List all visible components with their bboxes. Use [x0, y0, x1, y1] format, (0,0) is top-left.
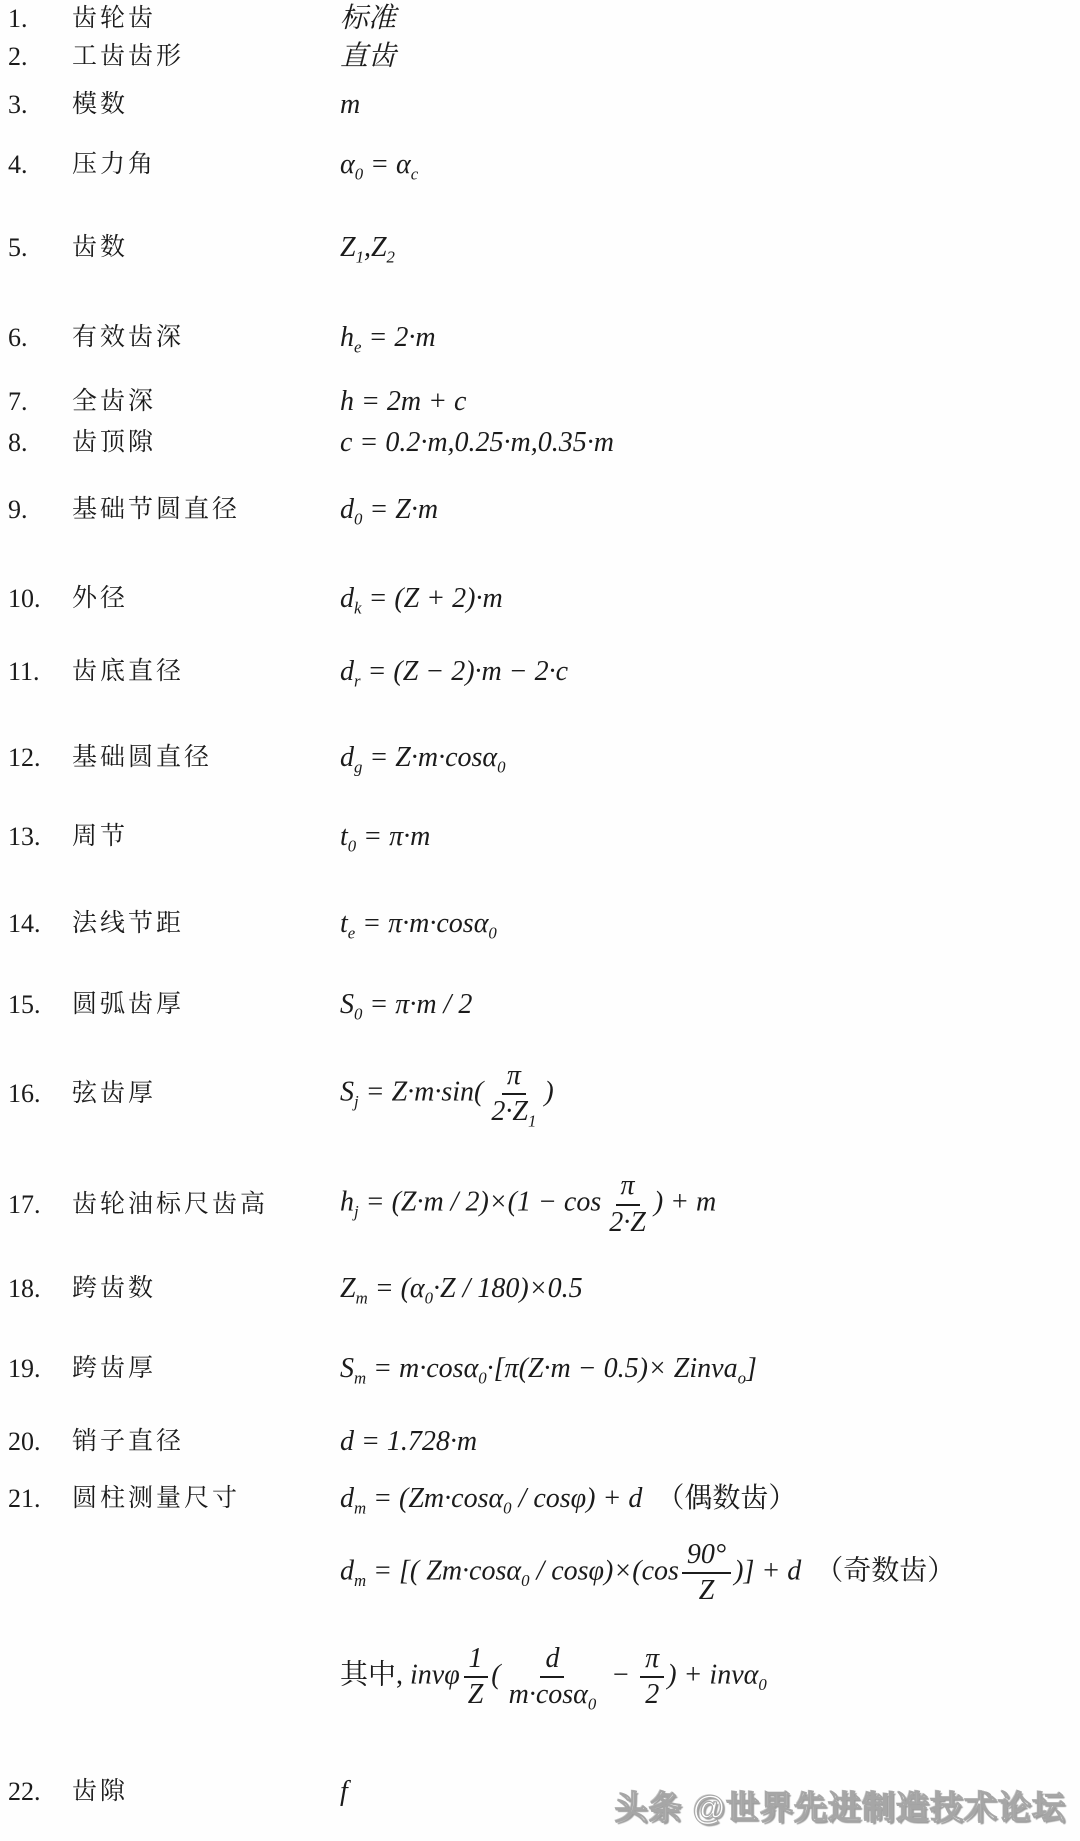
item-formula-cell: dg = Z·m·cosα0 [340, 741, 1080, 775]
subscript: 0 [348, 837, 356, 856]
formula-line: 其中, invφ1Z(dm·cosα0 − π2) + invα0 [340, 1643, 1080, 1711]
parameter-row: 4.压力角α0 = αc [8, 148, 1080, 182]
subscript: m [354, 1368, 366, 1387]
item-label: 圆弧齿厚 [72, 988, 340, 1022]
item-label: 基础节圆直径 [72, 493, 340, 527]
item-number: 4. [8, 148, 72, 182]
item-label: 齿轮油标尺齿高 [72, 1188, 340, 1222]
subscript: 0 [503, 1498, 511, 1517]
formula-line: dk = (Z + 2)·m [340, 582, 1080, 616]
gear-formula-document: 1.齿轮齿标准2.工齿齿形直齿3.模数m4.压力角α0 = αc5.齿数Z1,Z… [0, 0, 1080, 1841]
subscript: c [411, 165, 418, 184]
item-label: 弦齿厚 [72, 1077, 340, 1111]
item-label: 齿轮齿 [72, 2, 340, 36]
item-formula-cell: Sj = Z·m·sin(π2·Z1) [340, 1060, 1080, 1128]
item-formula-cell: he = 2·m [340, 321, 1080, 355]
item-formula-cell: dm = (Zm·cosα0 / cosφ) + d （偶数齿）dm = [( … [340, 1482, 1080, 1712]
fraction: π2 [640, 1643, 664, 1711]
item-label: 工齿齿形 [72, 40, 340, 74]
item-number: 21. [8, 1482, 72, 1516]
subscript: 0 [488, 924, 496, 943]
item-label: 法线节距 [72, 907, 340, 941]
item-number: 2. [8, 40, 72, 74]
parameter-row: 18.跨齿数Zm = (α0·Z / 180)×0.5 [8, 1272, 1080, 1306]
parameter-list: 1.齿轮齿标准2.工齿齿形直齿3.模数m4.压力角α0 = αc5.齿数Z1,Z… [8, 2, 1080, 1809]
item-formula-cell: 直齿 [340, 40, 1080, 74]
item-number: 18. [8, 1272, 72, 1306]
item-formula-cell: te = π·m·cosα0 [340, 907, 1080, 941]
item-label: 齿底直径 [72, 655, 340, 689]
parameter-row: 8.齿顶隙c = 0.2·m,0.25·m,0.35·m [8, 426, 1080, 460]
item-formula-cell: S0 = π·m / 2 [340, 988, 1080, 1022]
fraction-denominator: Z [694, 1574, 720, 1607]
item-label: 全齿深 [72, 385, 340, 419]
formula-line: d = 1.728·m [340, 1425, 1080, 1459]
item-label: 销子直径 [72, 1425, 340, 1459]
item-label: 模数 [72, 88, 340, 122]
fraction: 90°Z [682, 1539, 731, 1607]
item-number: 15. [8, 988, 72, 1022]
parameter-row: 21.圆柱测量尺寸dm = (Zm·cosα0 / cosφ) + d （偶数齿… [8, 1482, 1080, 1712]
subscript: 0 [355, 165, 363, 184]
item-number: 20. [8, 1425, 72, 1459]
item-label: 齿顶隙 [72, 426, 340, 460]
subscript: k [354, 599, 361, 618]
item-number: 12. [8, 741, 72, 775]
subscript: 0 [758, 1675, 766, 1694]
item-formula-cell: Z1,Z2 [340, 231, 1080, 265]
fraction-numerator: d [540, 1643, 564, 1678]
subscript: j [354, 1092, 359, 1111]
item-label: 齿隙 [72, 1775, 340, 1809]
item-formula-cell: 标准 [340, 2, 1080, 36]
fraction: π2·Z1 [486, 1060, 541, 1128]
parameter-row: 19.跨齿厚Sm = m·cosα0·[π(Z·m − 0.5)× Zinvao… [8, 1352, 1080, 1386]
formula-line: h = 2m + c [340, 385, 1080, 419]
parameter-row: 9.基础节圆直径d0 = Z·m [8, 493, 1080, 527]
subscript: 2 [387, 248, 395, 267]
fraction-numerator: 90° [682, 1539, 731, 1574]
formula-line: d0 = Z·m [340, 493, 1080, 527]
parameter-row: 10.外径dk = (Z + 2)·m [8, 582, 1080, 616]
upright-text: （偶数齿） [642, 1483, 796, 1514]
item-number: 14. [8, 907, 72, 941]
item-number: 17. [8, 1188, 72, 1222]
item-formula-cell: Zm = (α0·Z / 180)×0.5 [340, 1272, 1080, 1306]
item-number: 9. [8, 493, 72, 527]
item-formula-cell: t0 = π·m [340, 820, 1080, 854]
item-label: 外径 [72, 582, 340, 616]
formula-line: S0 = π·m / 2 [340, 988, 1080, 1022]
subscript: 0 [497, 758, 505, 777]
formula-line: dr = (Z − 2)·m − 2·c [340, 655, 1080, 689]
item-formula-cell: m [340, 88, 1080, 122]
formula-line: 直齿 [340, 40, 1080, 74]
upright-text: （奇数齿） [801, 1555, 955, 1586]
item-number: 7. [8, 385, 72, 419]
subscript: m [356, 1288, 368, 1307]
formula-line: Sj = Z·m·sin(π2·Z1) [340, 1060, 1080, 1128]
item-formula-cell: h = 2m + c [340, 385, 1080, 419]
fraction: 1Z [463, 1643, 489, 1711]
subscript: m [354, 1571, 366, 1590]
subscript: g [354, 758, 362, 777]
item-number: 11. [8, 655, 72, 689]
item-number: 19. [8, 1352, 72, 1386]
fraction-numerator: π [616, 1170, 640, 1205]
subscript: e [348, 924, 355, 943]
subscript: 0 [521, 1571, 529, 1590]
formula-line: Sm = m·cosα0·[π(Z·m − 0.5)× Zinvao] [340, 1352, 1080, 1386]
item-formula-cell: c = 0.2·m,0.25·m,0.35·m [340, 426, 1080, 460]
item-formula-cell: Sm = m·cosα0·[π(Z·m − 0.5)× Zinvao] [340, 1352, 1080, 1386]
upright-text: 其中, [340, 1660, 410, 1691]
item-number: 5. [8, 231, 72, 265]
subscript: 0 [354, 1005, 362, 1024]
subscript: r [354, 672, 361, 691]
formula-line: dm = (Zm·cosα0 / cosφ) + d （偶数齿） [340, 1482, 1080, 1516]
item-number: 10. [8, 582, 72, 616]
fraction-numerator: 1 [464, 1643, 488, 1678]
parameter-row: 15.圆弧齿厚S0 = π·m / 2 [8, 988, 1080, 1022]
item-number: 3. [8, 88, 72, 122]
formula-line: dg = Z·m·cosα0 [340, 741, 1080, 775]
item-label: 有效齿深 [72, 321, 340, 355]
formula-line: m [340, 88, 1080, 122]
fraction-denominator: m·cosα0 [504, 1678, 602, 1711]
subscript: 1 [356, 248, 364, 267]
fraction-denominator: 2 [640, 1678, 664, 1711]
fraction-numerator: π [502, 1060, 526, 1095]
subscript: 1 [528, 1112, 536, 1131]
formula-line: c = 0.2·m,0.25·m,0.35·m [340, 426, 1080, 460]
fraction-denominator: Z [463, 1678, 489, 1711]
item-label: 基础圆直径 [72, 741, 340, 775]
parameter-row: 3.模数m [8, 88, 1080, 122]
formula-line: Z1,Z2 [340, 231, 1080, 265]
parameter-row: 2.工齿齿形直齿 [8, 40, 1080, 74]
parameter-row: 16.弦齿厚Sj = Z·m·sin(π2·Z1) [8, 1060, 1080, 1128]
parameter-row: 11.齿底直径dr = (Z − 2)·m − 2·c [8, 655, 1080, 689]
formula-line: dm = [( Zm·cosα0 / cosφ)×(cos90°Z)] + d … [340, 1539, 1080, 1607]
item-formula-cell: α0 = αc [340, 148, 1080, 182]
item-label: 圆柱测量尺寸 [72, 1482, 340, 1516]
item-formula-cell: dr = (Z − 2)·m − 2·c [340, 655, 1080, 689]
formula-line: hj = (Z·m / 2)×(1 − cosπ2·Z) + m [340, 1170, 1080, 1238]
item-number: 6. [8, 321, 72, 355]
fraction-denominator: 2·Z [604, 1206, 651, 1239]
item-label: 齿数 [72, 231, 340, 265]
parameter-row: 20.销子直径d = 1.728·m [8, 1425, 1080, 1459]
item-label: 压力角 [72, 148, 340, 182]
fraction-denominator: 2·Z1 [486, 1095, 541, 1128]
subscript: j [354, 1203, 359, 1222]
item-number: 16. [8, 1077, 72, 1111]
subscript: 0 [478, 1368, 486, 1387]
item-formula-cell: hj = (Z·m / 2)×(1 − cosπ2·Z) + m [340, 1170, 1080, 1238]
item-formula-cell: d = 1.728·m [340, 1425, 1080, 1459]
subscript: 0 [588, 1695, 596, 1714]
item-number: 1. [8, 2, 72, 36]
parameter-row: 12.基础圆直径dg = Z·m·cosα0 [8, 741, 1080, 775]
subscript: o [738, 1368, 746, 1387]
subscript: m [354, 1498, 366, 1517]
subscript: e [354, 338, 361, 357]
formula-line: α0 = αc [340, 148, 1080, 182]
parameter-row: 13.周节t0 = π·m [8, 820, 1080, 854]
formula-line: Zm = (α0·Z / 180)×0.5 [340, 1272, 1080, 1306]
parameter-row: 1.齿轮齿标准 [8, 2, 1080, 36]
fraction: π2·Z [604, 1170, 651, 1238]
fraction: dm·cosα0 [504, 1643, 602, 1711]
fraction-numerator: π [640, 1643, 664, 1678]
item-label: 跨齿数 [72, 1272, 340, 1306]
item-label: 周节 [72, 820, 340, 854]
formula-line: t0 = π·m [340, 820, 1080, 854]
item-number: 13. [8, 820, 72, 854]
formula-line: te = π·m·cosα0 [340, 907, 1080, 941]
item-label: 跨齿厚 [72, 1352, 340, 1386]
parameter-row: 6.有效齿深he = 2·m [8, 321, 1080, 355]
watermark: 头条 @世界先进制造技术论坛 [615, 1782, 1066, 1829]
item-formula-cell: d0 = Z·m [340, 493, 1080, 527]
item-formula-cell: dk = (Z + 2)·m [340, 582, 1080, 616]
parameter-row: 17.齿轮油标尺齿高hj = (Z·m / 2)×(1 − cosπ2·Z) +… [8, 1170, 1080, 1238]
parameter-row: 7.全齿深h = 2m + c [8, 385, 1080, 419]
subscript: 0 [425, 1288, 433, 1307]
parameter-row: 14.法线节距te = π·m·cosα0 [8, 907, 1080, 941]
item-number: 8. [8, 426, 72, 460]
parameter-row: 5.齿数Z1,Z2 [8, 231, 1080, 265]
item-number: 22. [8, 1775, 72, 1809]
subscript: 0 [354, 510, 362, 529]
formula-line: he = 2·m [340, 321, 1080, 355]
formula-line: 标准 [340, 2, 1080, 36]
